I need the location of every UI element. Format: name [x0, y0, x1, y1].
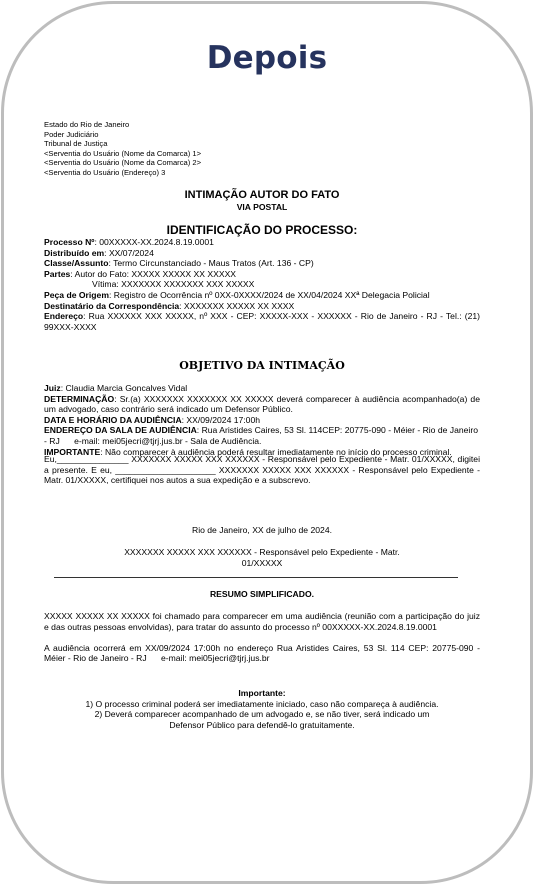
destinatario-value: : XXXXXXX XXXXX XX XXXX	[179, 301, 294, 311]
header-line: Tribunal de Justiça	[44, 139, 480, 149]
divider	[54, 577, 458, 578]
objective-heading: OBJETIVO DA INTIMAÇÃO	[44, 359, 480, 373]
header-line: <Serventia do Usuário (Endereço) 3	[44, 168, 480, 178]
classe-value: : Termo Circunstanciado - Maus Tratos (A…	[108, 258, 313, 268]
identification-section: Processo Nº: 00XXXXX-XX.2024.8.19.0001 D…	[44, 237, 480, 332]
header-line: Estado do Rio de Janeiro	[44, 120, 480, 130]
summary-paragraph: XXXXX XXXXX XX XXXXX foi chamado para co…	[44, 611, 480, 632]
juiz-field: Juiz: Claudia Marcia Goncalves Vidal	[44, 383, 480, 394]
processo-label: Processo Nº	[44, 237, 94, 247]
document-title: INTIMAÇÃO AUTOR DO FATO	[44, 189, 480, 202]
juiz-label: Juiz	[44, 383, 61, 393]
identification-heading: IDENTIFICAÇÃO DO PROCESSO:	[44, 223, 480, 237]
summary-section: XXXXX XXXXX XX XXXXX foi chamado para co…	[44, 611, 480, 664]
classe-label: Classe/Assunto	[44, 258, 108, 268]
classe-field: Classe/Assunto: Termo Circunstanciado - …	[44, 258, 480, 269]
endereco-sala-label: ENDEREÇO DA SALA DE AUDIÊNCIA	[44, 425, 197, 435]
summary-heading: RESUMO SIMPLIFICADO.	[44, 589, 480, 600]
header-line: Poder Judiciário	[44, 130, 480, 140]
important-item: 1) O processo criminal poderá ser imedia…	[44, 699, 480, 710]
endereco-sala-field: ENDEREÇO DA SALA DE AUDIÊNCIA: Rua Arist…	[44, 425, 480, 446]
data-audiencia-field: DATA E HORÁRIO DA AUDIÊNCIA: XX/09/2024 …	[44, 415, 480, 426]
peca-label: Peça de Origem	[44, 290, 109, 300]
important-heading: Importante:	[44, 688, 480, 699]
distribuido-label: Distribuído em	[44, 248, 104, 258]
destinatario-field: Destinatário da Correspondência: XXXXXXX…	[44, 301, 480, 312]
endereco-value: : Rua XXXXXX XXX XXXXX, nº XXX - CEP: XX…	[44, 311, 480, 332]
juiz-value: : Claudia Marcia Goncalves Vidal	[61, 383, 187, 393]
signer-line: 01/XXXXX	[44, 558, 480, 569]
partes-field: Partes: Autor do Fato: XXXXX XXXXX XX XX…	[44, 269, 480, 280]
distribuido-value: : XX/07/2024	[104, 248, 154, 258]
document-subtitle: VIA POSTAL	[44, 202, 480, 212]
certification-text: Eu,_______________ XXXXXXX XXXXX XXX XXX…	[44, 454, 480, 486]
header-line: <Serventia do Usuário (Nome da Comarca) …	[44, 149, 480, 159]
header-line: <Serventia do Usuário (Nome da Comarca) …	[44, 158, 480, 168]
place-date: Rio de Janeiro, XX de julho de 2024.	[44, 525, 480, 536]
distribuido-field: Distribuído em: XX/07/2024	[44, 248, 480, 259]
determinacao-field: DETERMINAÇÃO: Sr.(a) XXXXXXX XXXXXXX XX …	[44, 394, 480, 415]
peca-field: Peça de Origem: Registro de Ocorrência n…	[44, 290, 480, 301]
certification-section: Eu,_______________ XXXXXXX XXXXX XXX XXX…	[44, 454, 480, 486]
partes-value: : Autor do Fato: XXXXX XXXXX XX XXXXX	[70, 269, 236, 279]
court-header: Estado do Rio de Janeiro Poder Judiciári…	[44, 120, 480, 178]
data-audiencia-value: : XX/09/2024 17:00h	[182, 415, 260, 425]
important-item: 2) Deverá comparecer acompanhado de um a…	[44, 709, 480, 730]
objective-section: Juiz: Claudia Marcia Goncalves Vidal DET…	[44, 383, 480, 457]
data-audiencia-label: DATA E HORÁRIO DA AUDIÊNCIA	[44, 415, 182, 425]
signer-line: XXXXXXX XXXXX XXX XXXXXX - Responsável p…	[44, 547, 480, 558]
summary-paragraph: A audiência ocorrerá em XX/09/2024 17:00…	[44, 643, 480, 664]
peca-value: : Registro de Ocorrência nº 0XX-0XXXX/20…	[109, 290, 430, 300]
determinacao-label: DETERMINAÇÃO	[44, 394, 114, 404]
endereco-label: Endereço	[44, 311, 83, 321]
vitima-field: Vítima: XXXXXXX XXXXXXX XXX XXXXX	[44, 279, 480, 290]
processo-value: : 00XXXXX-XX.2024.8.19.0001	[94, 237, 213, 247]
signature-block: XXXXXXX XXXXX XXX XXXXXX - Responsável p…	[44, 547, 480, 568]
endereco-field: Endereço: Rua XXXXXX XXX XXXXX, nº XXX -…	[44, 311, 480, 332]
important-section: Importante: 1) O processo criminal poder…	[44, 688, 480, 730]
page-title: Depois	[0, 40, 534, 76]
processo-field: Processo Nº: 00XXXXX-XX.2024.8.19.0001	[44, 237, 480, 248]
destinatario-label: Destinatário da Correspondência	[44, 301, 179, 311]
partes-label: Partes	[44, 269, 70, 279]
